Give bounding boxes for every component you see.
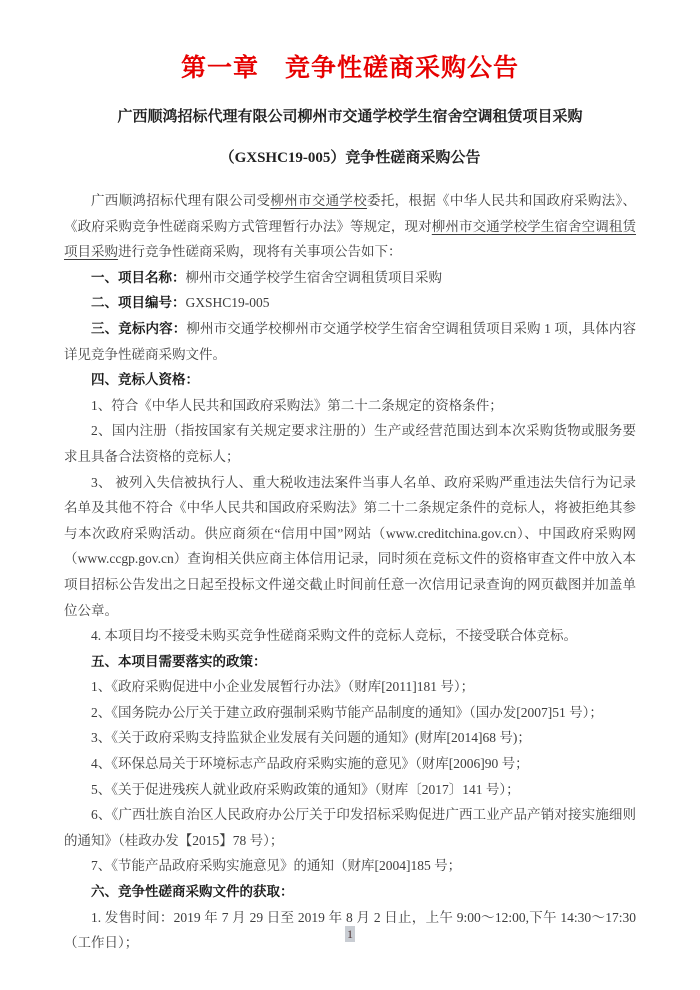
section-2-value: GXSHC19-005 [186,295,270,310]
qualification-item-1: 1、符合《中华人民共和国政府采购法》第二十二条规定的资格条件； [64,393,636,419]
intro-text-3: 进行竞争性磋商采购，现将有关事项公告如下： [118,244,402,259]
qualification-item-4: 4. 本项目均不接受未购买竞争性磋商采购文件的竞标人竞标，不接受联合体竞标。 [64,623,636,649]
section-2-label: 二、项目编号： [91,295,186,310]
section-bidder-qualification-heading: 四、竞标人资格： [64,367,636,393]
policy-item-7: 7、《节能产品政府采购实施意见》的通知（财库[2004]185 号； [64,853,636,879]
policy-item-5: 5、《关于促进残疾人就业政府采购政策的通知》（财库〔2017〕141 号）； [64,777,636,803]
section-policies-heading: 五、本项目需要落实的政策： [64,649,636,675]
section-3-label: 三、竞标内容： [91,321,186,336]
section-bid-content: 三、竞标内容：柳州市交通学校柳州市交通学校学生宿舍空调租赁项目采购 1 项，具体… [64,316,636,367]
announcement-subtitle: （GXSHC19-005）竞争性磋商采购公告 [64,148,636,168]
intro-underlined-client: 柳州市交通学校 [270,193,367,208]
section-project-number: 二、项目编号：GXSHC19-005 [64,290,636,316]
section-document-acquisition-heading: 六、竞争性磋商采购文件的获取： [64,879,636,905]
page-number: 1 [345,926,355,942]
policy-item-4: 4、《环保总局关于环境标志产品政府采购实施的意见》（财库[2006]90 号； [64,751,636,777]
section-project-name: 一、项目名称：柳州市交通学校学生宿舍空调租赁项目采购 [64,265,636,291]
qualification-item-2: 2、国内注册（指按国家有关规定要求注册的）生产或经营范围达到本次采购货物或服务要… [64,418,636,469]
chapter-title: 第一章 竞争性磋商采购公告 [64,52,636,86]
section-1-label: 一、项目名称： [91,270,186,285]
document-page: 第一章 竞争性磋商采购公告 广西顺鸿招标代理有限公司柳州市交通学校学生宿舍空调租… [0,0,700,990]
intro-text-1: 广西顺鸿招标代理有限公司受 [91,193,270,208]
page-footer: 1 [0,926,700,942]
policy-item-1: 1、《政府采购促进中小企业发展暂行办法》（财库[2011]181 号）； [64,674,636,700]
policy-item-3: 3、《关于政府采购支持监狱企业发展有关问题的通知》(财库[2014]68 号)； [64,725,636,751]
project-subtitle: 广西顺鸿招标代理有限公司柳州市交通学校学生宿舍空调租赁项目采购 [64,107,636,127]
document-body: 广西顺鸿招标代理有限公司受柳州市交通学校委托，根据《中华人民共和国政府采购法》、… [64,188,636,956]
policy-item-2: 2、《国务院办公厅关于建立政府强制采购节能产品制度的通知》（国办发[2007]5… [64,700,636,726]
policy-item-6: 6、《广西壮族自治区人民政府办公厅关于印发招标采购促进广西工业产品产销对接实施细… [64,802,636,853]
intro-paragraph: 广西顺鸿招标代理有限公司受柳州市交通学校委托，根据《中华人民共和国政府采购法》、… [64,188,636,265]
qualification-item-3: 3、 被列入失信被执行人、重大税收违法案件当事人名单、政府采购严重违法失信行为记… [64,470,636,624]
section-1-value: 柳州市交通学校学生宿舍空调租赁项目采购 [186,270,443,285]
